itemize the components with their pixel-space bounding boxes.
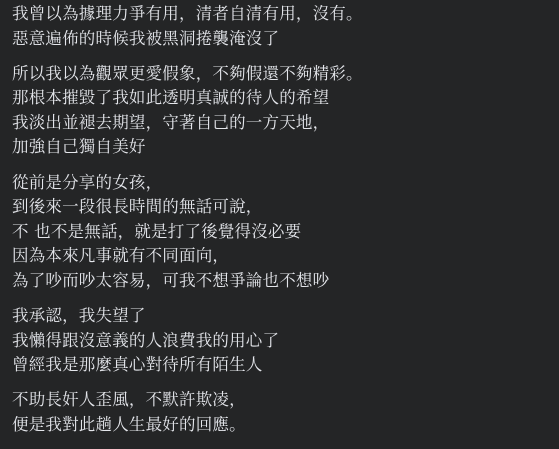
paragraph-3: 從前是分享的女孩， 到後來一段很長時間的無話可說， 不 也不是無話，就是打了後覺…	[12, 171, 552, 294]
text-line: 因為本來凡事就有不同面向，	[12, 244, 552, 269]
text-line: 便是我對此趟人生最好的回應。	[12, 413, 552, 438]
text-line: 曾經我是那麼真心對待所有陌生人	[12, 353, 552, 378]
text-line: 我曾以為據理力爭有用，清者自清有用，沒有。	[12, 2, 552, 27]
text-line: 不助長奸人歪風，不默許欺凌，	[12, 388, 552, 413]
paragraph-1: 我曾以為據理力爭有用，清者自清有用，沒有。 惡意遍佈的時候我被黑洞捲襲淹沒了	[12, 2, 552, 51]
text-line: 我淡出並褪去期望，守著自己的一方天地，	[12, 111, 552, 136]
paragraph-5: 不助長奸人歪風，不默許欺凌， 便是我對此趟人生最好的回應。	[12, 388, 552, 437]
paragraph-4: 我承認，我失望了 我懶得跟沒意義的人浪費我的用心了 曾經我是那麼真心對待所有陌生…	[12, 304, 552, 378]
text-line: 加強自己獨自美好	[12, 135, 552, 160]
text-line: 惡意遍佈的時候我被黑洞捲襲淹沒了	[12, 27, 552, 52]
text-line: 我承認，我失望了	[12, 304, 552, 329]
text-line: 所以我以為觀眾更愛假象，不夠假還不夠精彩。	[12, 62, 552, 87]
text-line: 那根本摧毀了我如此透明真誠的待人的希望	[12, 86, 552, 111]
text-line: 為了吵而吵太容易，可我不想爭論也不想吵	[12, 269, 552, 294]
text-line: 不 也不是無話，就是打了後覺得沒必要	[12, 220, 552, 245]
text-line: 我懶得跟沒意義的人浪費我的用心了	[12, 329, 552, 354]
post-text-body: 我曾以為據理力爭有用，清者自清有用，沒有。 惡意遍佈的時候我被黑洞捲襲淹沒了 所…	[12, 2, 552, 448]
text-line: 從前是分享的女孩，	[12, 171, 552, 196]
text-line: 到後來一段很長時間的無話可說，	[12, 195, 552, 220]
paragraph-2: 所以我以為觀眾更愛假象，不夠假還不夠精彩。 那根本摧毀了我如此透明真誠的待人的希…	[12, 62, 552, 160]
